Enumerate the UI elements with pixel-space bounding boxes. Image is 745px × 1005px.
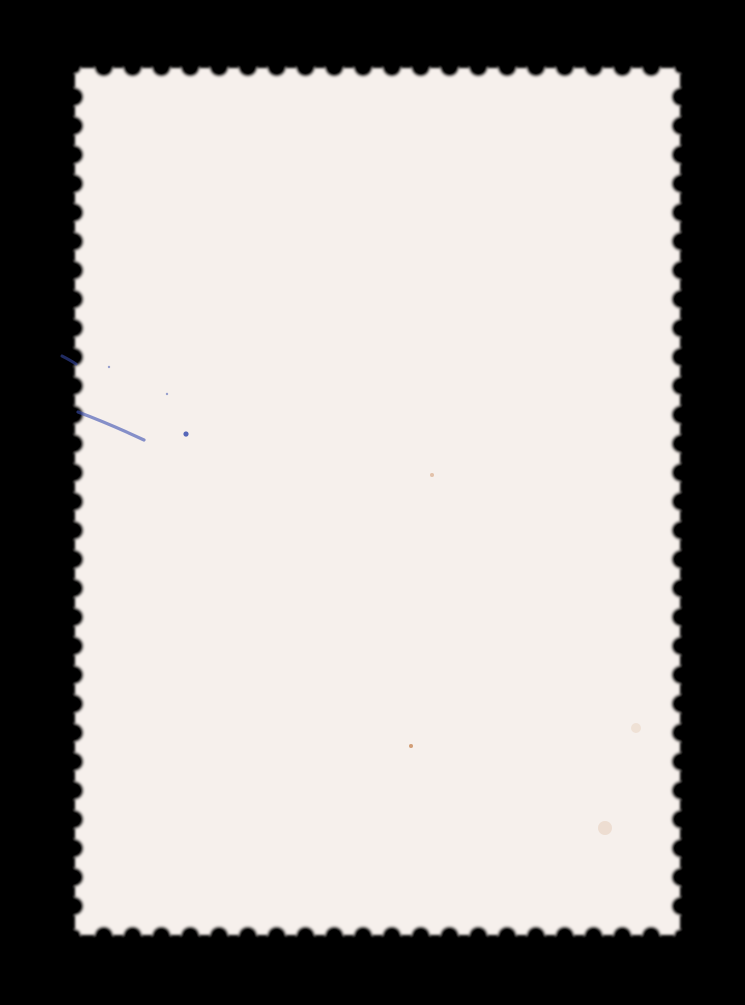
stamp-illustration <box>0 0 745 1005</box>
photo: back of a blank postage stamp <box>0 0 745 1005</box>
stamp <box>65 58 691 946</box>
